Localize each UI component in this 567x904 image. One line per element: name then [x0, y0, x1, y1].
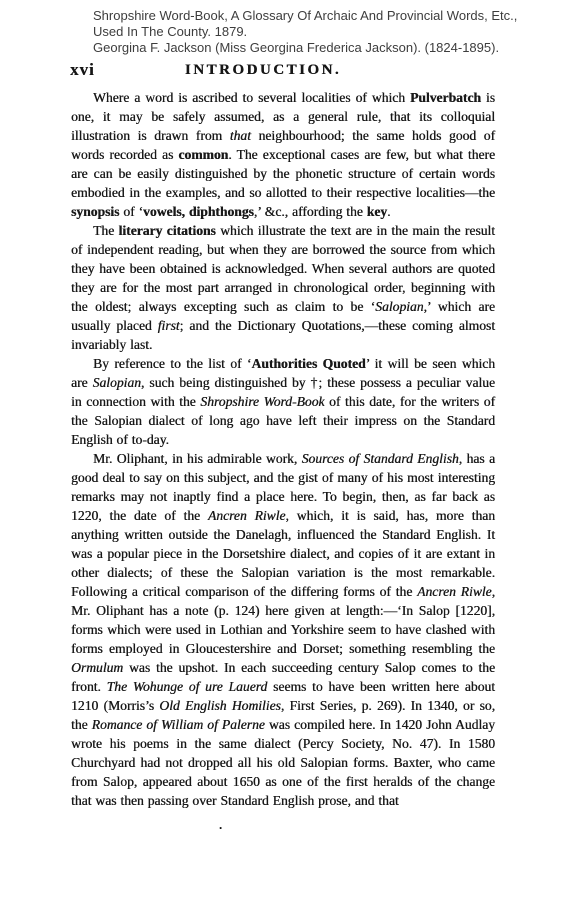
- text-segment: vowels, diphthongs: [143, 204, 254, 219]
- body-text: Where a word is ascribed to several loca…: [71, 88, 495, 810]
- page-heading: INTRODUCTION.: [71, 62, 455, 79]
- text-segment: Salopian: [375, 299, 423, 314]
- text-segment: Ancren Riwle: [208, 508, 286, 523]
- footer-mark: .: [219, 822, 495, 828]
- text-segment: Authorities Quoted: [251, 356, 365, 371]
- text-segment: Salopian: [93, 375, 141, 390]
- text-segment: Romance of William of Palerne: [92, 717, 265, 732]
- text-segment: Ancren Riwle: [417, 584, 492, 599]
- text-segment: key: [367, 204, 387, 219]
- annotation-line-subtitle: Used In The County. 1879.: [93, 24, 523, 40]
- text-segment: .: [387, 204, 390, 219]
- paragraph: Where a word is ascribed to several loca…: [71, 88, 495, 221]
- text-segment: Sources of Standard English: [302, 451, 459, 466]
- annotation-line-author: Georgina F. Jackson (Miss Georgina Frede…: [93, 40, 523, 56]
- text-segment: Shropshire Word-Book: [200, 394, 324, 409]
- text-segment: common: [178, 147, 228, 162]
- text-segment: Where a word is ascribed to several loca…: [93, 90, 410, 105]
- text-segment: that: [230, 128, 251, 143]
- text-column: Where a word is ascribed to several loca…: [71, 88, 495, 828]
- annotation-line-title: Shropshire Word-Book, A Glossary Of Arch…: [93, 8, 523, 24]
- text-segment: Old English Homilies: [159, 698, 281, 713]
- text-segment: The: [93, 223, 119, 238]
- book-page: Shropshire Word-Book, A Glossary Of Arch…: [0, 0, 567, 904]
- paragraph: The literary citations which illustrate …: [71, 221, 495, 354]
- text-segment: By reference to the list of ‘: [93, 356, 251, 371]
- text-segment: first: [158, 318, 180, 333]
- text-segment: of ‘: [119, 204, 143, 219]
- text-segment: literary citations: [119, 223, 216, 238]
- catalog-annotation: Shropshire Word-Book, A Glossary Of Arch…: [93, 8, 523, 56]
- text-segment: The Wohunge of ure Lauerd: [107, 679, 268, 694]
- paragraph: Mr. Oliphant, in his admirable work, Sou…: [71, 449, 495, 810]
- text-segment: Ormulum: [71, 660, 123, 675]
- text-segment: ,’ &c., affording the: [254, 204, 367, 219]
- text-segment: Pulverbatch: [410, 90, 481, 105]
- paragraph: By reference to the list of ‘Authorities…: [71, 354, 495, 449]
- text-segment: Mr. Oliphant, in his admirable work,: [93, 451, 302, 466]
- text-segment: synopsis: [71, 204, 119, 219]
